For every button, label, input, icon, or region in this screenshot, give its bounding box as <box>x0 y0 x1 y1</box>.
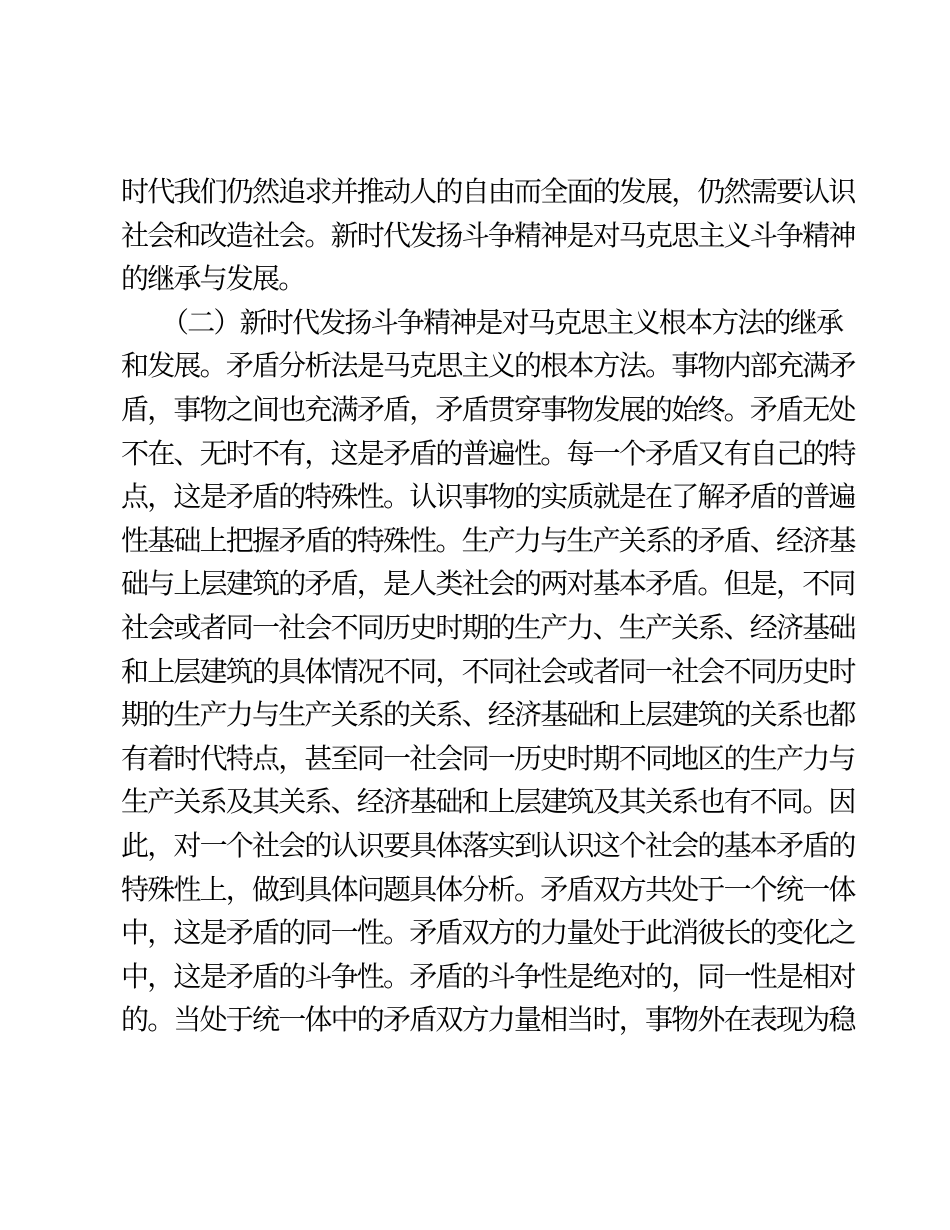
text-line: 有着时代特点，甚至同一社会同一历史时期不同地区的生产力与 <box>121 737 861 781</box>
text-line: 期的生产力与生产关系的关系、经济基础和上层建筑的关系也都 <box>121 693 861 737</box>
text-line: 中，这是矛盾的同一性。矛盾双方的力量处于此消彼长的变化之 <box>121 911 861 955</box>
text-line: 和上层建筑的具体情况不同，不同社会或者同一社会不同历史时 <box>121 650 861 694</box>
text-line: 中，这是矛盾的斗争性。矛盾的斗争性是绝对的，同一性是相对 <box>121 955 861 999</box>
text-line: 的继承与发展。 <box>121 257 861 301</box>
text-line: （二）新时代发扬斗争精神是对马克思主义根本方法的继承 <box>121 301 861 345</box>
text-line: 和发展。矛盾分析法是马克思主义的根本方法。事物内部充满矛 <box>121 344 861 388</box>
document-text-block: 时代我们仍然追求并推动人的自由而全面的发展，仍然需要认识社会和改造社会。新时代发… <box>121 170 861 1042</box>
text-line: 此，对一个社会的认识要具体落实到认识这个社会的基本矛盾的 <box>121 824 861 868</box>
text-line: 社会和改造社会。新时代发扬斗争精神是对马克思主义斗争精神 <box>121 214 861 258</box>
text-line: 盾，事物之间也充满矛盾，矛盾贯穿事物发展的始终。矛盾无处 <box>121 388 861 432</box>
text-line: 生产关系及其关系、经济基础和上层建筑及其关系也有不同。因 <box>121 780 861 824</box>
text-line: 特殊性上，做到具体问题具体分析。矛盾双方共处于一个统一体 <box>121 868 861 912</box>
document-page: 时代我们仍然追求并推动人的自由而全面的发展，仍然需要认识社会和改造社会。新时代发… <box>0 0 950 1230</box>
text-line: 不在、无时不有，这是矛盾的普遍性。每一个矛盾又有自己的特 <box>121 432 861 476</box>
text-line: 时代我们仍然追求并推动人的自由而全面的发展，仍然需要认识 <box>121 170 861 214</box>
text-line: 的。当处于统一体中的矛盾双方力量相当时，事物外在表现为稳 <box>121 998 861 1042</box>
text-line: 础与上层建筑的矛盾，是人类社会的两对基本矛盾。但是，不同 <box>121 562 861 606</box>
text-line: 点，这是矛盾的特殊性。认识事物的实质就是在了解矛盾的普遍 <box>121 475 861 519</box>
text-line: 性基础上把握矛盾的特殊性。生产力与生产关系的矛盾、经济基 <box>121 519 861 563</box>
text-line: 社会或者同一社会不同历史时期的生产力、生产关系、经济基础 <box>121 606 861 650</box>
